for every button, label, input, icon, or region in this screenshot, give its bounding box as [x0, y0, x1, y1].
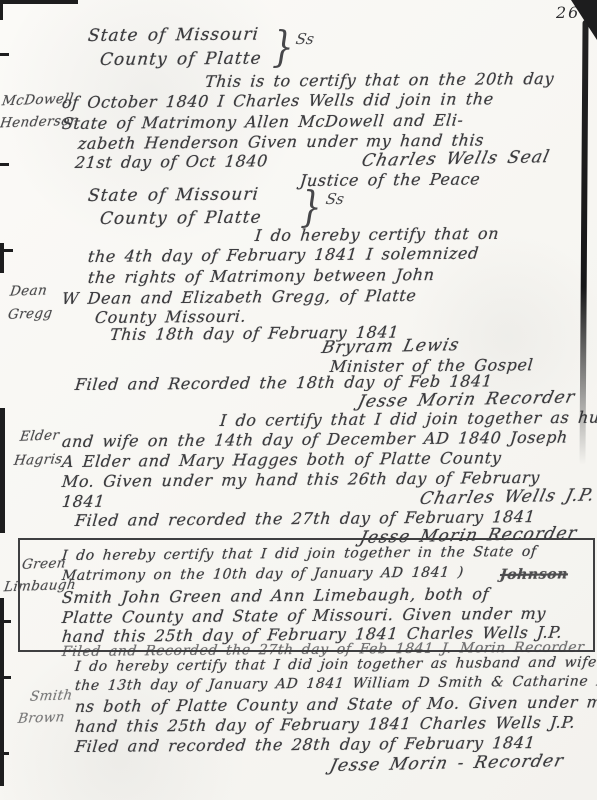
- record-heading-county: County of Platte: [99, 49, 263, 70]
- record-line: 1841: [61, 492, 106, 511]
- signature-charles-wells: Charles Wells Seal: [360, 147, 552, 171]
- binding-tick: [0, 676, 11, 679]
- margin-note: Smith: [29, 687, 74, 705]
- margin-note: Gregg: [7, 305, 54, 323]
- record-line: Justice of the Peace: [299, 169, 481, 190]
- fold-corner-mark: [571, 0, 597, 40]
- record-line: State of Matrimony Allen McDowell and El…: [61, 110, 464, 133]
- page-edge-shadow: [579, 20, 588, 465]
- margin-note: Henderson: [0, 113, 80, 132]
- record-line: 21st day of Oct 1840: [74, 151, 269, 172]
- margin-note: McDowell: [1, 91, 75, 110]
- binding-tick: [0, 163, 9, 166]
- binding-line: [0, 408, 5, 533]
- record-heading-state: State of Missouri: [87, 24, 260, 46]
- margin-note: Elder: [19, 427, 61, 444]
- record-line: W Dean and Elizabeth Gregg, of Platte: [61, 286, 417, 308]
- heading-ss: Ss: [294, 30, 315, 48]
- record-line: the 13th day of January AD 1841 William …: [74, 673, 597, 694]
- record-highlight-box: [18, 538, 595, 652]
- signature-charles-wells: Charles Wells J.P.: [418, 485, 597, 509]
- record-line: A Elder and Mary Hagges both of Platte C…: [61, 448, 502, 471]
- signature-jesse-morin: Jesse Morin - Recorder: [328, 751, 566, 776]
- record-line: the 4th day of February 1841 I solemnize…: [87, 244, 480, 266]
- binding-bracket: [0, 243, 4, 273]
- binding-tick: [0, 620, 11, 623]
- top-edge-smudge: [0, 0, 78, 4]
- margin-note: Hagris: [13, 451, 64, 469]
- margin-note: Brown: [17, 709, 66, 727]
- scanned-document-page: 26 McDowell Henderson State of Missouri …: [0, 0, 597, 800]
- heading-brace: }: [300, 186, 322, 229]
- record-line: of October 1840 I Charles Wells did join…: [61, 89, 495, 112]
- record-line: the rights of Matrimony between John: [87, 265, 436, 287]
- heading-brace: }: [272, 26, 294, 69]
- binding-line: [0, 598, 4, 786]
- heading-ss: Ss: [324, 190, 345, 208]
- record-line: This is to certify that on the 20th day: [204, 69, 555, 91]
- record-line: I do certify that I did join together as…: [219, 407, 597, 430]
- record-line: I do hereby certify that on: [254, 224, 500, 245]
- record-heading-state: State of Missouri: [87, 184, 260, 206]
- binding-tick: [0, 53, 9, 56]
- signature-bryram-lewis: Bryram Lewis: [320, 335, 462, 358]
- binding-tick: [0, 249, 13, 252]
- margin-note: Limbaugh: [3, 577, 77, 596]
- margin-note: Dean: [9, 282, 48, 299]
- binding-tick: [0, 752, 9, 755]
- margin-note: Green: [21, 555, 67, 573]
- record-heading-county: County of Platte: [99, 208, 263, 229]
